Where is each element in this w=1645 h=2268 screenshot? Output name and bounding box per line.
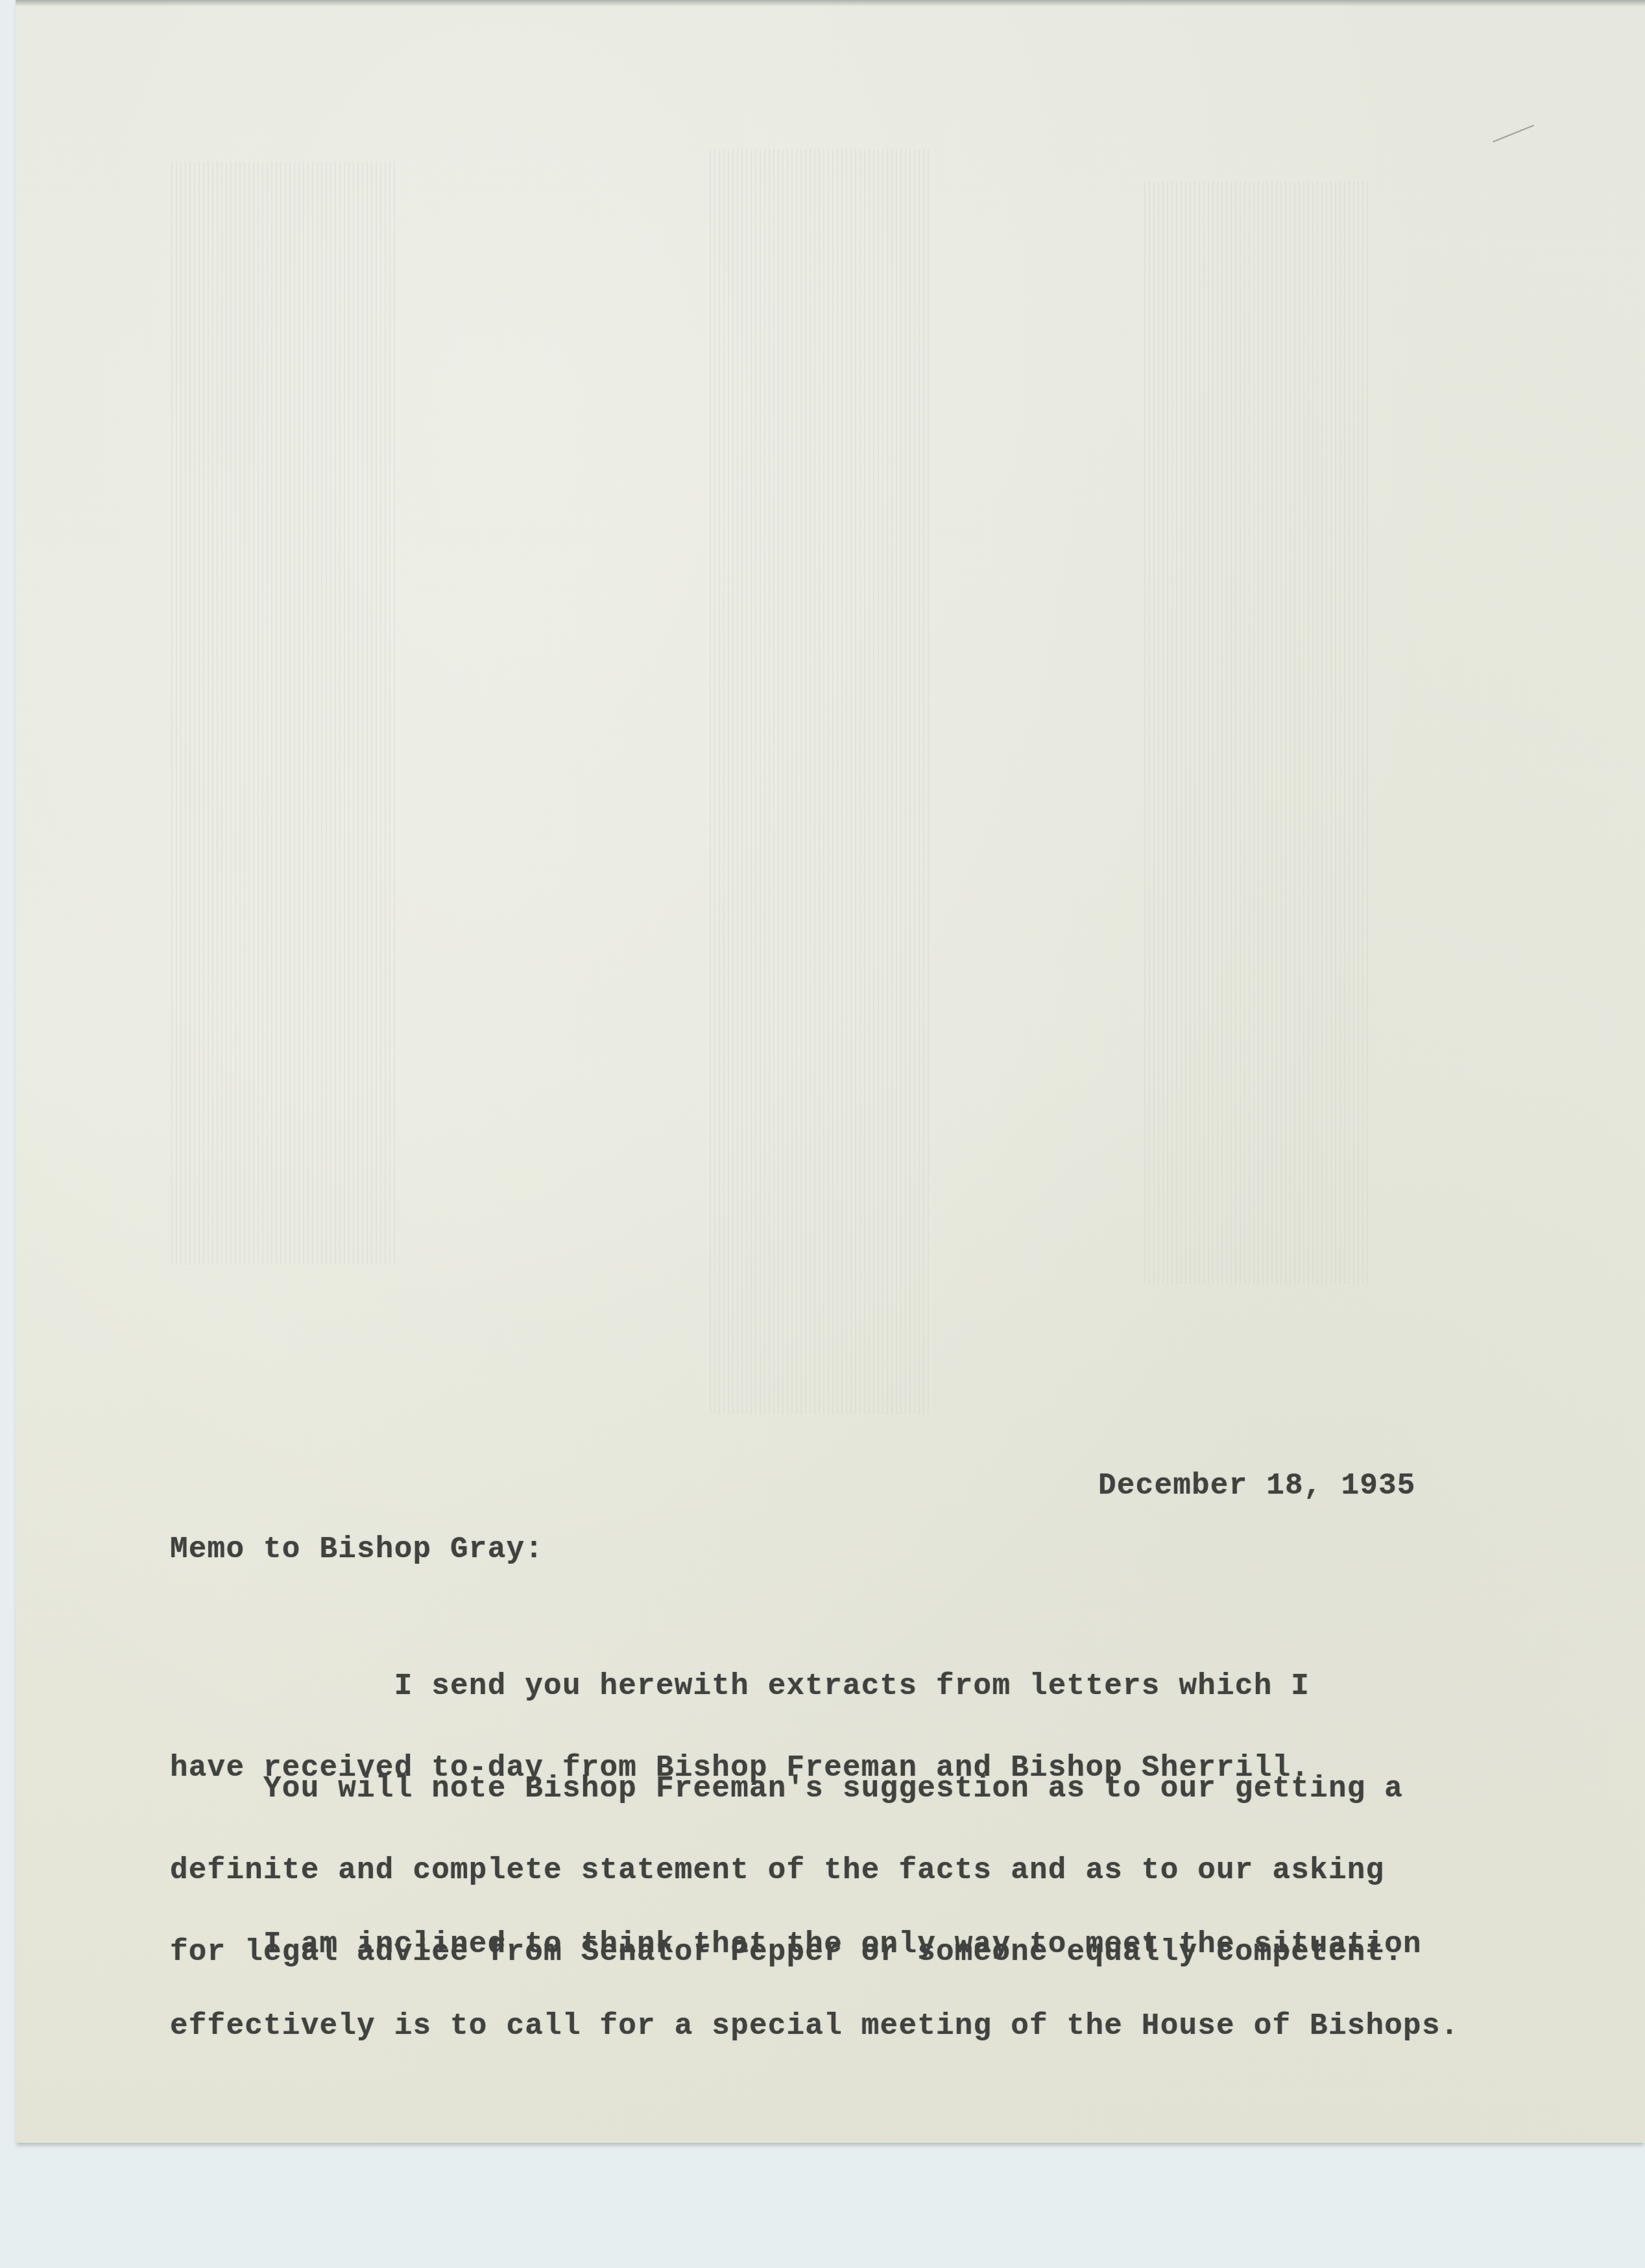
memo-paragraph-3: I am inclined to think that the only way… (170, 1876, 1459, 2067)
bleed-through-column-right (1144, 182, 1371, 1284)
paper-top-edge (16, 0, 1645, 6)
paragraph-line: I am inclined to think that the only way… (170, 1931, 1459, 1958)
paragraph-line: I send you herewith extracts from letter… (170, 1673, 1310, 1700)
pencil-mark (1493, 125, 1534, 142)
memo-salutation: Memo to Bishop Gray: (170, 1536, 544, 1563)
bleed-through-column-left (171, 162, 398, 1265)
paragraph-line: effectively is to call for a special mee… (170, 2012, 1459, 2040)
bleed-through-column-center (710, 149, 930, 1414)
memo-date: December 18, 1935 (1098, 1472, 1416, 1499)
paragraph-line: You will note Bishop Freeman's suggestio… (170, 1775, 1403, 1802)
